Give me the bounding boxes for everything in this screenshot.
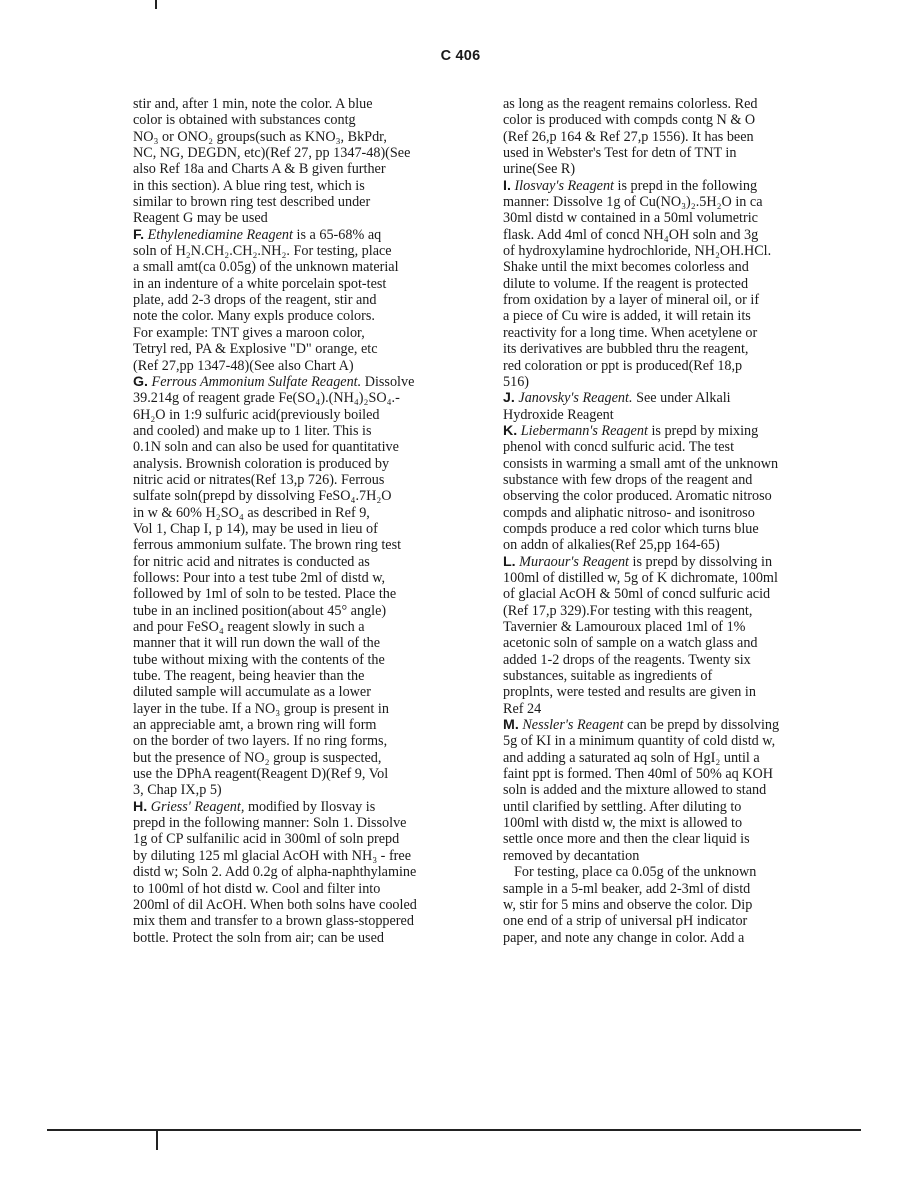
text-line: color is produced with compds contg N & …	[503, 112, 843, 128]
text-line: Hydroxide Reagent	[503, 407, 843, 423]
text-line: of glacial AcOH & 50ml of concd sulfuric…	[503, 586, 843, 602]
text-line: 0.1N soln and can also be used for quant…	[133, 439, 473, 455]
section-heading-f: F. Ethylenediamine Reagent is a 65-68% a…	[133, 227, 473, 243]
text-line: NO₃ or ONO₂ groups(such as KNO₃, BkPdr,	[133, 129, 473, 145]
text-line: ferrous ammonium sulfate. The brown ring…	[133, 537, 473, 553]
text-line: and pour FeSO₄ reagent slowly in such a	[133, 619, 473, 635]
text-line: to 100ml of hot distd w. Cool and filter…	[133, 881, 473, 897]
text-line: and cooled) and make up to 1 liter. This…	[133, 423, 473, 439]
text-line: 100ml with distd w, the mixt is allowed …	[503, 815, 843, 831]
heading-tail: is a 65-68% aq	[293, 227, 381, 243]
section-letter: J.	[503, 390, 515, 406]
text-line: 100ml of distilled w, 5g of K dichromate…	[503, 570, 843, 586]
heading-tail: is prepd in the following	[614, 178, 757, 194]
text-line: For testing, place ca 0.05g of the unkno…	[503, 864, 843, 880]
text-line: (Ref 17,p 329).For testing with this rea…	[503, 603, 843, 619]
text-line: plate, add 2-3 drops of the reagent, sti…	[133, 292, 473, 308]
text-line: faint ppt is formed. Then 40ml of 50% aq…	[503, 766, 843, 782]
footer-rule	[47, 1129, 861, 1131]
text-line: by diluting 125 ml glacial AcOH with NH₃…	[133, 848, 473, 864]
text-line: 516)	[503, 374, 843, 390]
text-line: Shake until the mixt becomes colorless a…	[503, 259, 843, 275]
section-heading-k: K. Liebermann's Reagent is prepd by mixi…	[503, 423, 843, 439]
text-line: soln of H₂N.CH₂.CH₂.NH₂. For testing, pl…	[133, 243, 473, 259]
text-line: paper, and note any change in color. Add…	[503, 930, 843, 946]
text-line: diluted sample will accumulate as a lowe…	[133, 684, 473, 700]
text-line: one end of a strip of universal pH indic…	[503, 913, 843, 929]
text-line: Vol 1, Chap I, p 14), may be used in lie…	[133, 521, 473, 537]
text-line: a small amt(ca 0.05g) of the unknown mat…	[133, 259, 473, 275]
text-line: consists in warming a small amt of the u…	[503, 456, 843, 472]
text-line: dilute to volume. If the reagent is prot…	[503, 276, 843, 292]
text-line: distd w; Soln 2. Add 0.2g of alpha-napht…	[133, 864, 473, 880]
text-line: Tetryl red, PA & Explosive "D" orange, e…	[133, 341, 473, 357]
text-line: removed by decantation	[503, 848, 843, 864]
text-line: compds produce a red color which turns b…	[503, 521, 843, 537]
text-line: on the border of two layers. If no ring …	[133, 733, 473, 749]
text-line: prepd in the following manner: Soln 1. D…	[133, 815, 473, 831]
text-line: sulfate soln(prepd by dissolving FeSO₄.7…	[133, 488, 473, 504]
margin-tick-bottom	[156, 1129, 158, 1150]
text-line: Tavernier & Lamouroux placed 1ml of 1%	[503, 619, 843, 635]
section-title: Ethylenediamine Reagent	[148, 227, 293, 243]
text-line: follows: Pour into a test tube 2ml of di…	[133, 570, 473, 586]
heading-tail: See under Alkali	[633, 390, 731, 406]
section-title: Ferrous Ammonium Sulfate Reagent.	[152, 374, 362, 390]
section-letter: F.	[133, 227, 144, 243]
text-line: use the DPhA reagent(Reagent D)(Ref 9, V…	[133, 766, 473, 782]
text-line: manner that it will run down the wall of…	[133, 635, 473, 651]
text-line: in w & 60% H₂SO₄ as described in Ref 9,	[133, 505, 473, 521]
text-line: color is obtained with substances contg	[133, 112, 473, 128]
text-line: urine(See R)	[503, 161, 843, 177]
text-line: observing the color produced. Aromatic n…	[503, 488, 843, 504]
text-line: layer in the tube. If a NO₃ group is pre…	[133, 701, 473, 717]
text-line: tube in an inclined position(about 45° a…	[133, 603, 473, 619]
text-line: substance with few drops of the reagent …	[503, 472, 843, 488]
heading-tail: Dissolve	[361, 374, 414, 390]
text-line: 30ml distd w contained in a 50ml volumet…	[503, 210, 843, 226]
section-title: Janovsky's Reagent.	[518, 390, 632, 406]
text-line: 39.214g of reagent grade Fe(SO₄).(NH₄)₂S…	[133, 390, 473, 406]
section-title: Liebermann's Reagent	[521, 423, 648, 439]
text-line: mix them and transfer to a brown glass-s…	[133, 913, 473, 929]
text-line: 1g of CP sulfanilic acid in 300ml of sol…	[133, 831, 473, 847]
text-line: NC, NG, DEGDN, etc)(Ref 27, pp 1347-48)(…	[133, 145, 473, 161]
text-line: soln is added and the mixture allowed to…	[503, 782, 843, 798]
text-line: manner: Dissolve 1g of Cu(NO₃)₂.5H₂O in …	[503, 194, 843, 210]
text-line: of hydroxylamine hydrochloride, NH₂OH.HC…	[503, 243, 843, 259]
text-line: tube without mixing with the contents of…	[133, 652, 473, 668]
text-line: until clarified by settling. After dilut…	[503, 799, 843, 815]
text-line: stir and, after 1 min, note the color. A…	[133, 96, 473, 112]
section-letter: M.	[503, 717, 519, 733]
text-line: added 1-2 drops of the reagents. Twenty …	[503, 652, 843, 668]
section-heading-m: M. Nessler's Reagent can be prepd by dis…	[503, 717, 843, 733]
text-line: 6H₂O in 1:9 sulfuric acid(previously boi…	[133, 407, 473, 423]
text-line: bottle. Protect the soln from air; can b…	[133, 930, 473, 946]
text-line: proplnts, were tested and results are gi…	[503, 684, 843, 700]
text-line: 3, Chap IX,p 5)	[133, 782, 473, 798]
text-line: flask. Add 4ml of concd NH₄OH soln and 3…	[503, 227, 843, 243]
section-title: Griess' Reagent,	[151, 799, 245, 815]
text-line: its derivatives are bubbled thru the rea…	[503, 341, 843, 357]
text-line: analysis. Brownish coloration is produce…	[133, 456, 473, 472]
section-letter: L.	[503, 554, 516, 570]
text-line: sample in a 5-ml beaker, add 2-3ml of di…	[503, 881, 843, 897]
right-column: as long as the reagent remains colorless…	[503, 96, 843, 946]
text-line: note the color. Many expls produce color…	[133, 308, 473, 324]
heading-tail: is prepd by mixing	[648, 423, 758, 439]
section-title: Ilosvay's Reagent	[514, 178, 614, 194]
heading-tail: is prepd by dissolving in	[629, 554, 772, 570]
section-heading-j: J. Janovsky's Reagent. See under Alkali	[503, 390, 843, 406]
text-line: red coloration or ppt is produced(Ref 18…	[503, 358, 843, 374]
text-line: (Ref 27,pp 1347-48)(See also Chart A)	[133, 358, 473, 374]
section-letter: G.	[133, 374, 148, 390]
text-line: compds and aliphatic nitroso- and isonit…	[503, 505, 843, 521]
text-line: for nitric acid and nitrates is conducte…	[133, 554, 473, 570]
section-heading-g: G. Ferrous Ammonium Sulfate Reagent. Dis…	[133, 374, 473, 390]
text-line: but the presence of NO₂ group is suspect…	[133, 750, 473, 766]
section-letter: H.	[133, 799, 147, 815]
text-line: 5g of KI in a minimum quantity of cold d…	[503, 733, 843, 749]
text-line: followed by 1ml of soln to be tested. Pl…	[133, 586, 473, 602]
section-heading-i: I. Ilosvay's Reagent is prepd in the fol…	[503, 178, 843, 194]
text-line: as long as the reagent remains colorless…	[503, 96, 843, 112]
text-line: tube. The reagent, being heavier than th…	[133, 668, 473, 684]
text-line: acetonic soln of sample on a watch glass…	[503, 635, 843, 651]
section-heading-l: L. Muraour's Reagent is prepd by dissolv…	[503, 554, 843, 570]
heading-tail: can be prepd by dissolving	[623, 717, 779, 733]
text-line: in this section). A blue ring test, whic…	[133, 178, 473, 194]
text-line: w, stir for 5 mins and observe the color…	[503, 897, 843, 913]
text-line: settle once more and then the clear liqu…	[503, 831, 843, 847]
section-heading-h: H. Griess' Reagent, modified by Ilosvay …	[133, 799, 473, 815]
section-title: Muraour's Reagent	[519, 554, 629, 570]
text-line: 200ml of dil AcOH. When both solns have …	[133, 897, 473, 913]
heading-tail: modified by Ilosvay is	[244, 799, 375, 815]
margin-tick-top	[155, 0, 157, 9]
text-line: reactivity for a long time. When acetyle…	[503, 325, 843, 341]
text-line: a piece of Cu wire is added, it will ret…	[503, 308, 843, 324]
text-line: also Ref 18a and Charts A & B given furt…	[133, 161, 473, 177]
text-line: and adding a saturated aq soln of HgI₂ u…	[503, 750, 843, 766]
text-line: used in Webster's Test for detn of TNT i…	[503, 145, 843, 161]
text-line: Ref 24	[503, 701, 843, 717]
text-line: substances, suitable as ingredients of	[503, 668, 843, 684]
text-line: on addn of alkalies(Ref 25,pp 164-65)	[503, 537, 843, 553]
page-number: C 406	[0, 48, 921, 64]
text-line: an appreciable amt, a brown ring will fo…	[133, 717, 473, 733]
section-letter: I.	[503, 178, 511, 194]
text-line: similar to brown ring test described und…	[133, 194, 473, 210]
text-line: phenol with concd sulfuric acid. The tes…	[503, 439, 843, 455]
section-letter: K.	[503, 423, 517, 439]
text-line: (Ref 26,p 164 & Ref 27,p 1556). It has b…	[503, 129, 843, 145]
left-column: stir and, after 1 min, note the color. A…	[133, 96, 473, 946]
text-line: nitric acid or nitrates(Ref 13,p 726). F…	[133, 472, 473, 488]
text-line: Reagent G may be used	[133, 210, 473, 226]
section-title: Nessler's Reagent	[522, 717, 623, 733]
text-line: from oxidation by a layer of mineral oil…	[503, 292, 843, 308]
text-line: in an indenture of a white porcelain spo…	[133, 276, 473, 292]
text-line: For example: TNT gives a maroon color,	[133, 325, 473, 341]
